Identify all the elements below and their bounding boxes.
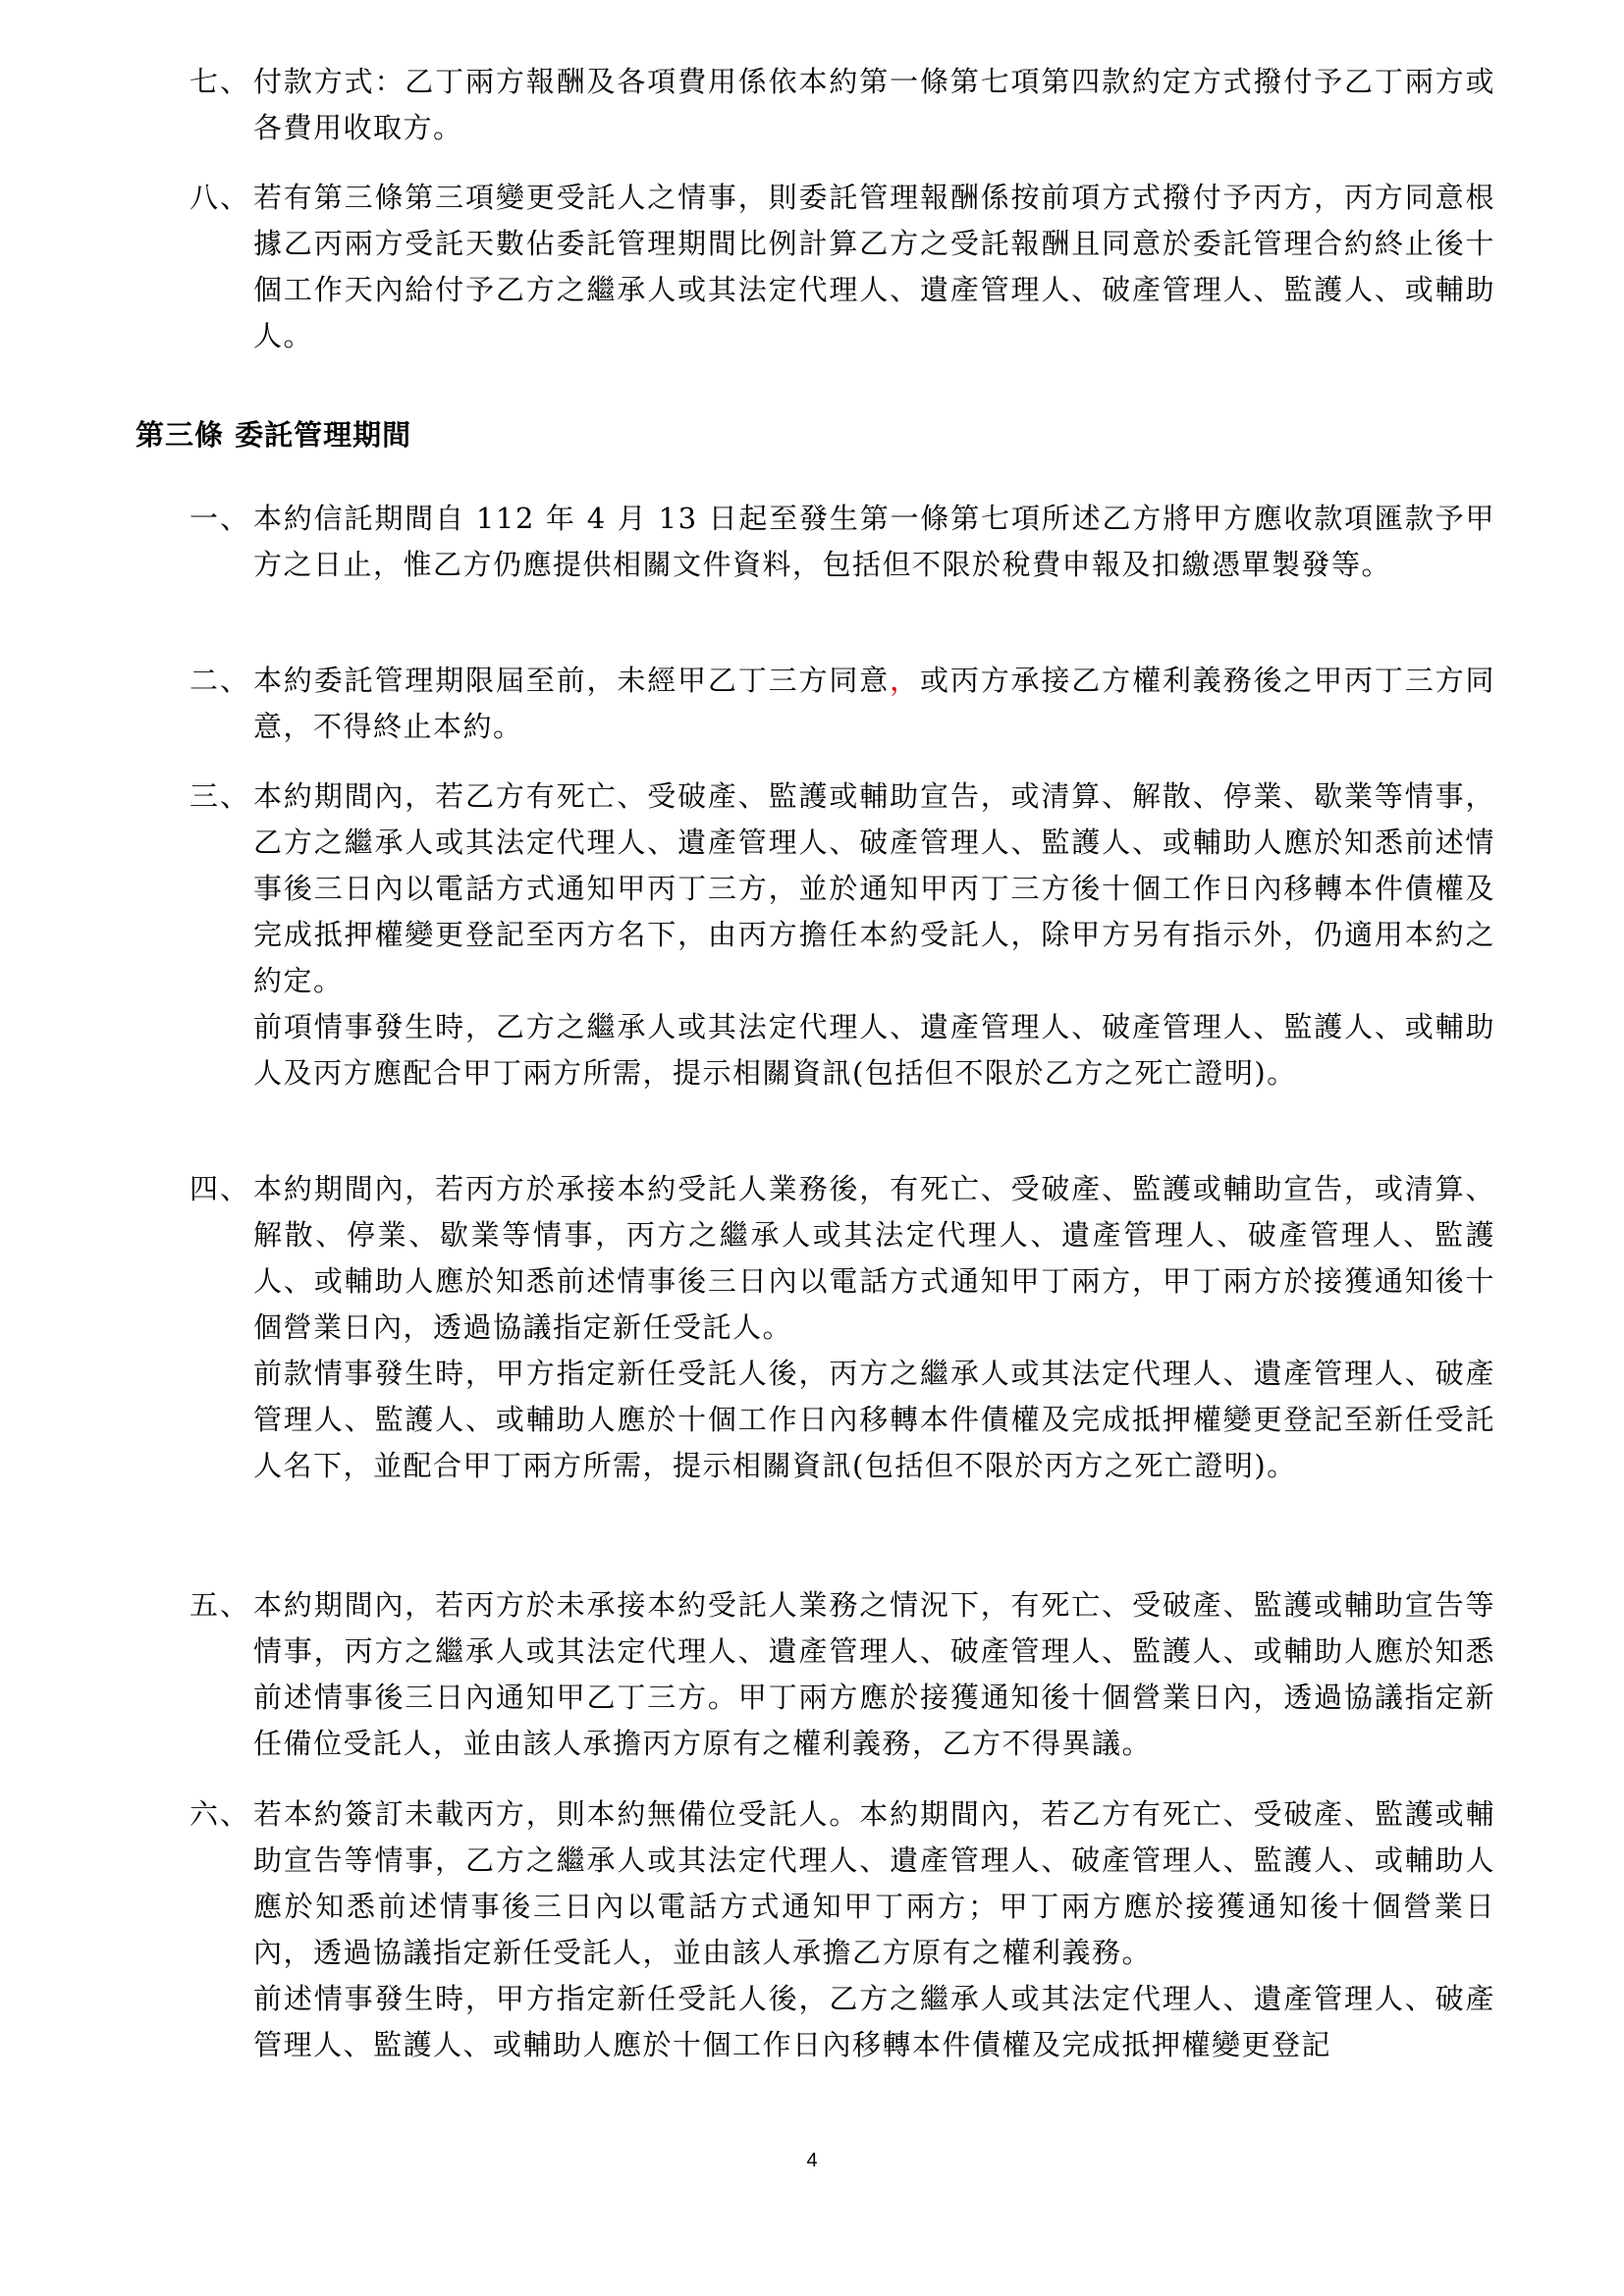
clause-item-7: 七、 付款方式：乙丁兩方報酬及各項費用係依本約第一條第七項第四款約定方式撥付予乙… — [189, 59, 1495, 151]
document-page: 七、 付款方式：乙丁兩方報酬及各項費用係依本約第一條第七項第四款約定方式撥付予乙… — [0, 0, 1624, 2296]
clause-number: 二、 — [189, 658, 253, 704]
clause-item-3-6: 六、 若本約簽訂未載丙方，則本約無備位受託人。本約期間內，若乙方有死亡、受破產、… — [189, 1791, 1495, 2068]
clause-item-3-1: 一、 本約信託期間自 112 年 4 月 13 日起至發生第一條第七項所述乙方將… — [189, 496, 1495, 588]
clause-text: 本約期間內，若乙方有死亡、受破產、監護或輔助宣告，或清算、解散、停業、歇業等情事… — [253, 774, 1495, 1004]
clause-item-3-4: 四、 本約期間內，若丙方於承接本約受託人業務後，有死亡、受破產、監護或輔助宣告，… — [189, 1166, 1495, 1489]
clause-number: 五、 — [189, 1582, 253, 1629]
clause-text: 本約期間內，若丙方於未承接本約受託人業務之情況下，有死亡、受破產、監護或輔助宣告… — [253, 1582, 1495, 1767]
clause-number: 三、 — [189, 774, 253, 820]
clause-number: 四、 — [189, 1166, 253, 1212]
clause-text: 前款情事發生時，甲方指定新任受託人後，丙方之繼承人或其法定代理人、遺產管理人、破… — [253, 1351, 1495, 1489]
clause-text: 本約信託期間自 112 年 4 月 13 日起至發生第一條第七項所述乙方將甲方應… — [253, 496, 1495, 588]
clause-text-part: 本約委託管理期限屆至前，未經甲乙丁三方同意 — [253, 664, 890, 697]
clause-text: 若有第三條第三項變更受託人之情事，則委託管理報酬係按前項方式撥付予丙方，丙方同意… — [253, 175, 1495, 359]
clause-text: 前項情事發生時，乙方之繼承人或其法定代理人、遺產管理人、破產管理人、監護人、或輔… — [253, 1004, 1495, 1096]
clause-text: 若本約簽訂未載丙方，則本約無備位受託人。本約期間內，若乙方有死亡、受破產、監護或… — [253, 1791, 1495, 1976]
clause-text: 本約委託管理期限屆至前，未經甲乙丁三方同意，或丙方承接乙方權利義務後之甲丙丁三方… — [253, 658, 1495, 750]
clause-number: 一、 — [189, 496, 253, 542]
clause-text: 前述情事發生時，甲方指定新任受託人後，乙方之繼承人或其法定代理人、遺產管理人、破… — [253, 1976, 1495, 2068]
clause-number: 七、 — [189, 59, 253, 105]
clause-item-3-5: 五、 本約期間內，若丙方於未承接本約受託人業務之情況下，有死亡、受破產、監護或輔… — [189, 1582, 1495, 1767]
clause-number: 八、 — [189, 175, 253, 221]
clause-item-3-2: 二、 本約委託管理期限屆至前，未經甲乙丁三方同意，或丙方承接乙方權利義務後之甲丙… — [189, 658, 1495, 750]
clause-text: 本約期間內，若丙方於承接本約受託人業務後，有死亡、受破產、監護或輔助宣告，或清算… — [253, 1166, 1495, 1351]
clause-number: 六、 — [189, 1791, 253, 1838]
red-comma-mark: ， — [890, 664, 920, 697]
clause-item-8: 八、 若有第三條第三項變更受託人之情事，則委託管理報酬係按前項方式撥付予丙方，丙… — [189, 175, 1495, 359]
section-heading: 第三條 委託管理期間 — [135, 412, 411, 458]
clause-text: 付款方式：乙丁兩方報酬及各項費用係依本約第一條第七項第四款約定方式撥付予乙丁兩方… — [253, 59, 1495, 151]
clause-item-3-3: 三、 本約期間內，若乙方有死亡、受破產、監護或輔助宣告，或清算、解散、停業、歇業… — [189, 774, 1495, 1096]
page-number: 4 — [0, 2150, 1624, 2172]
